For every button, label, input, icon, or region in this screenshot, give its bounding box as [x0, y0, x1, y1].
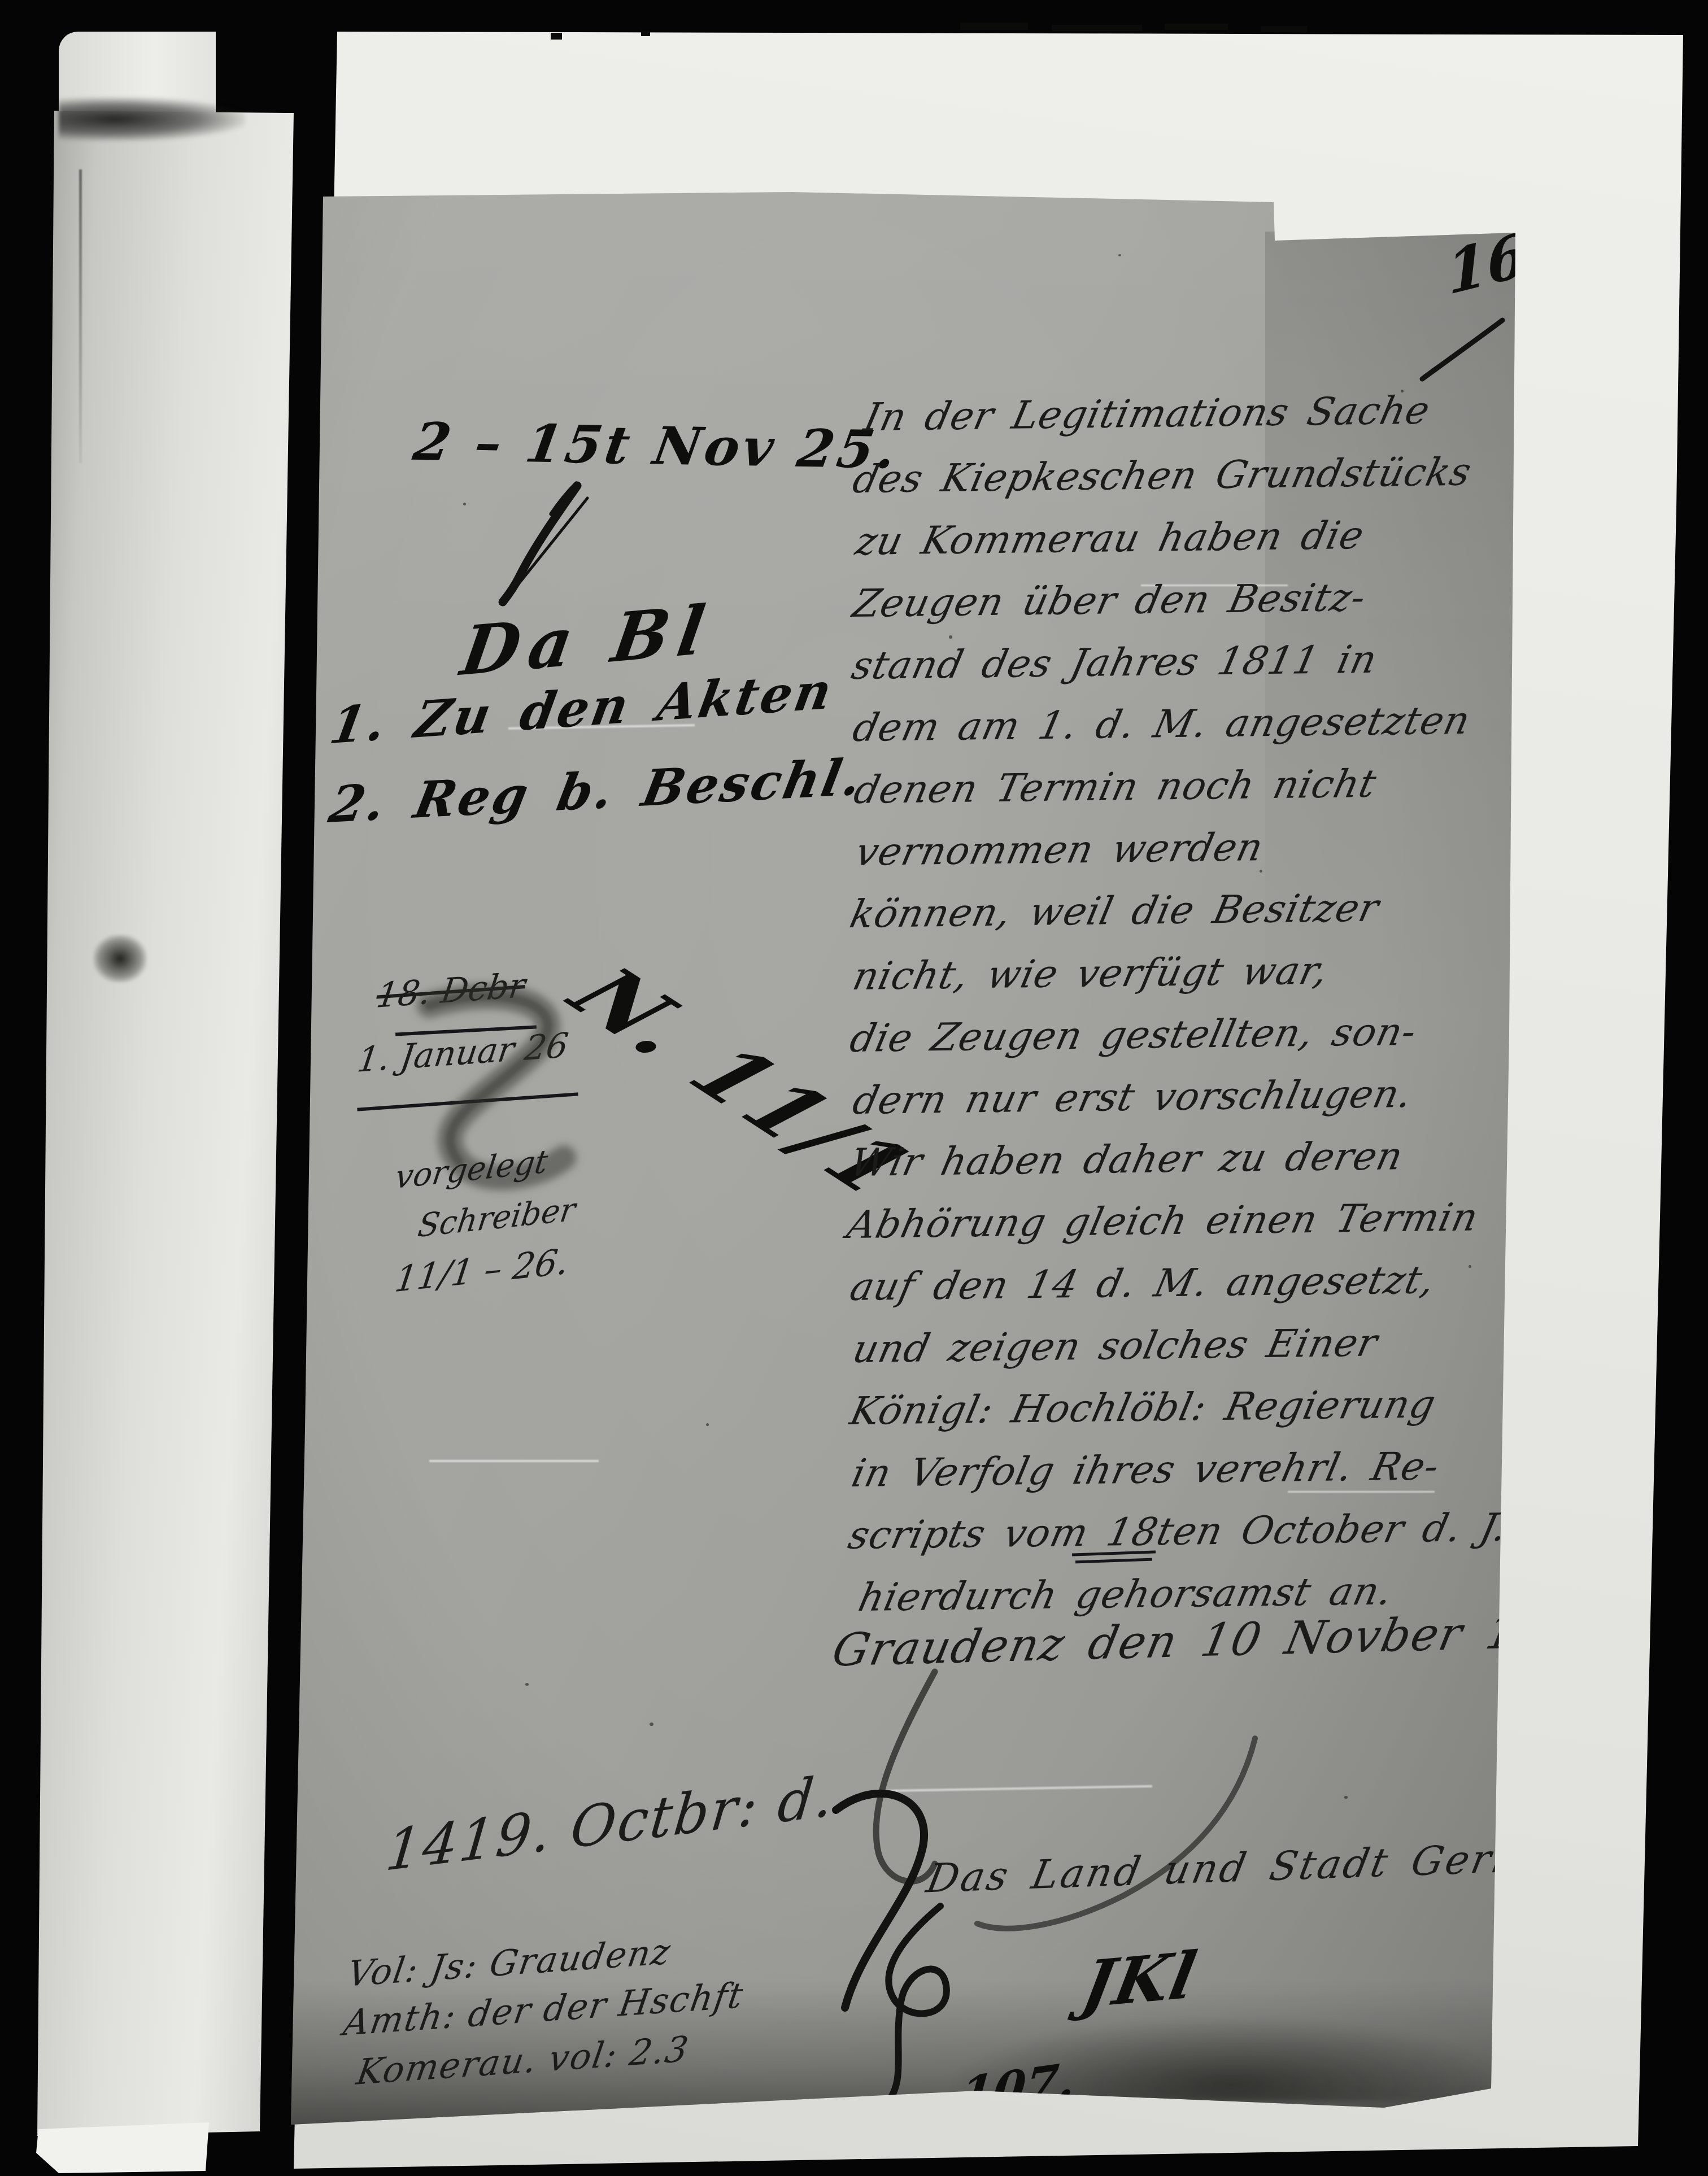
text-line: und zeigen solches Einer	[849, 1321, 1382, 1372]
scanner-artifact-dash	[1261, 26, 1307, 32]
ink-speck	[650, 1723, 653, 1726]
text-line: vernommen werden	[852, 825, 1267, 875]
date-double-underline	[1075, 1558, 1152, 1564]
text-line: Zeugen über den Besitz-	[849, 575, 1370, 626]
text-line: Wir haben daher zu deren	[846, 1134, 1408, 1185]
ink-speck	[1344, 1796, 1348, 1799]
text-line: Abhörung gleich einen Termin	[843, 1195, 1483, 1248]
ink-speck	[525, 1683, 529, 1686]
folio-underline-stroke	[1418, 308, 1531, 387]
scanner-artifact-dash	[960, 23, 1028, 30]
page-edge-smudge	[59, 97, 245, 141]
text-line: die Zeugen gestellten, son-	[846, 1010, 1421, 1061]
ink-speck	[463, 503, 466, 505]
text-line: können, weil die Besitzer	[846, 886, 1383, 937]
ink-speck	[1118, 254, 1121, 256]
journal-note: 1419. Octbr: d.	[383, 1764, 838, 1885]
text-line: scripts vom 18ten October d. J.	[844, 1506, 1511, 1558]
ink-speck	[1260, 870, 1262, 873]
registry-date-note: 2 – 15t Nov 25.	[409, 411, 904, 481]
page-edge-ink-blot	[93, 935, 147, 983]
text-line: Königl: Hochlöbl: Regierung	[846, 1382, 1440, 1434]
text-line: stand des Jahres 1811 in	[848, 638, 1382, 688]
scratch-mark	[1288, 1491, 1435, 1493]
praesentatum-mark	[493, 479, 611, 609]
page-edge-crease	[79, 169, 82, 463]
clerk-note-date: 11/1 – 26.	[393, 1240, 572, 1301]
scanned-document-photo: 16 2 – 15t Nov 25. Da Bl 1. Zu den Akten…	[0, 0, 1708, 2176]
text-line: zu Kommerau haben die	[852, 513, 1369, 564]
text-line: des Kiepkeschen Grundstücks	[849, 450, 1476, 502]
text-line: dern nur erst vorschlugen.	[849, 1072, 1417, 1123]
signature-monogram: JKl	[1077, 1938, 1203, 2023]
text-line: auf den 14 d. M. angesetzt,	[846, 1258, 1440, 1310]
text-line: in Verfolg ihres verehrl. Re-	[848, 1444, 1444, 1496]
closing-flourish	[955, 1728, 1271, 1948]
scanner-artifact-dot	[551, 33, 562, 40]
scanner-artifact-dot	[641, 30, 650, 36]
text-line: In der Legitimations Sache	[860, 389, 1435, 440]
ink-speck	[706, 1423, 709, 1426]
ink-speck	[949, 635, 952, 639]
ink-speck	[1469, 1265, 1471, 1268]
text-line: denen Termin noch nicht	[850, 762, 1380, 813]
disposition-item-2: 2. Reg b. Beschl.	[325, 747, 869, 835]
scratch-mark	[429, 1460, 599, 1462]
scanner-artifact-dash	[1052, 25, 1142, 31]
text-line: nicht, wie verfügt war,	[849, 949, 1332, 999]
left-page-edge	[34, 108, 295, 2137]
document-page: 16 2 – 15t Nov 25. Da Bl 1. Zu den Akten…	[282, 186, 1525, 2132]
text-line: dem am 1. d. M. angesetzten	[849, 699, 1475, 751]
scanner-artifact-dash	[1165, 24, 1228, 30]
